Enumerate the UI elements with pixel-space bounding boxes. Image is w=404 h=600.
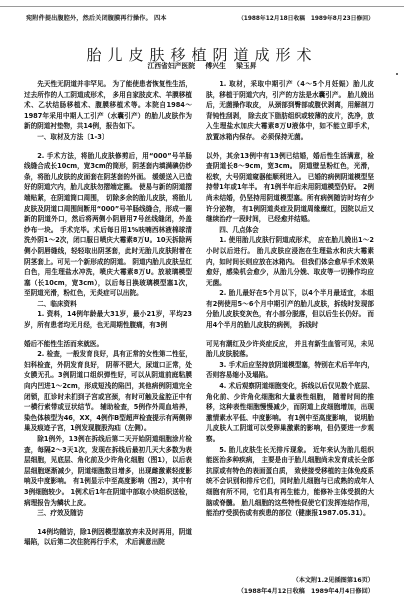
received-dates: （1988年4月12日收稿 1989年4月4日修回） [206, 586, 374, 595]
paragraph: 除1例外，13例在拆线后第二天开始阴道细胞涂片检查，每隔2～3天1次，发现在拆线… [24, 434, 192, 508]
column-break-gap [206, 331, 374, 339]
paragraph: 婚后不能性生活而来就医。 [24, 339, 192, 350]
figure-note: （本文附1.2见插图第16页） [206, 575, 374, 584]
section-heading: 二、临床资料 [24, 299, 192, 310]
column-break-gap [24, 143, 192, 151]
paragraph: 2. 手术方法，将胎儿皮肤修剪后，用“000”号羊肠线缝合成长10cm，宽3cm… [24, 151, 192, 299]
scan-speck [396, 73, 398, 75]
paragraph: 先天性无阴道并非罕见。 为了能使患者恢复性生活，过去所作的人工阴道成形术， 多用… [24, 79, 192, 132]
previous-article-dates: （1988年12月18日收稿 1989年8月23日修回） [238, 13, 374, 22]
paragraph: 1. 资料，14例年龄最大31岁，最小21岁，平均23岁，所有患者均无月经，也无… [24, 309, 192, 330]
byline: 江西省妇产医院 傅兴生 梁玉昇 [0, 60, 404, 70]
column-break-gap [206, 143, 374, 151]
column-break-gap [24, 331, 192, 339]
affiliation: 江西省妇产医院 [147, 62, 195, 70]
left-column: 先天性无阴道并非罕见。 为了能使患者恢复性生活，过去所作的人工阴道成形术， 多用… [24, 79, 192, 548]
paragraph: 可见有潮红及少许炎症反应， 并且有新生血管可见，未见胎儿皮肤脱落。 [206, 339, 374, 360]
paragraph: 以外，其余13例中有13例已结婚，婚后性生活满意，检查阴道长8～9cm，宽3cm… [206, 151, 374, 225]
paragraph: 5. 胎儿皮肤生长无排斥现象。 近年来认为胎儿组织能医治多种疾病， 主要是由于胎… [206, 445, 374, 519]
author-1: 傅兴生 [205, 62, 225, 70]
paragraph: 4. 术后观察阴道细胞变化，拆线以后仅见数个底层、角化前、少许角化细胞和大量表性… [206, 381, 374, 445]
paragraph: 3. 手术后应坚持放阴道模型塞，特别在术后半年内，否则容易缩小及塌陷。 [206, 360, 374, 381]
paragraph: 2. 检查，一般发育良好，具有正常的女性第二性征，妇科检查，外阴发育良好， 阴蒂… [24, 349, 192, 434]
paragraph: 2. 胎儿最好在5个月以下，以4个半月最适宜，本组有2例使用5～6个月中期引产的… [206, 288, 374, 330]
paragraph: 1. 取材，采取中期引产（4～5个月妊娠）胎儿皮肤，移植于阴道穴内，引产的方法是… [206, 79, 374, 143]
page-top-rule [0, 6, 404, 7]
author-2: 梁玉昇 [236, 62, 256, 70]
paragraph: 14例均随访，除1例因模型塞放弃未及时再用，阴道塌陷，以后第二次住院再行手术， … [24, 527, 192, 548]
previous-article-tail: 宛附件提出腹腔外，然后关闭腹膜再行操作。 四本 [26, 13, 167, 22]
section-heading: 三、疗效及随访 [24, 508, 192, 519]
column-break-gap [24, 519, 192, 527]
section-heading: 一、取材及方法〔1-3〕 [24, 132, 192, 143]
right-column: 1. 取材，采取中期引产（4～5个月妊娠）胎儿皮肤，移植于阴道穴内，引产的方法是… [206, 79, 374, 519]
paragraph: 1. 使用胎儿皮肤行阴道成形术， 应在胎儿娩出1～2小时以后进行。 胎儿皮肤应浸… [206, 235, 374, 288]
section-heading: 四、几点体会 [206, 225, 374, 236]
